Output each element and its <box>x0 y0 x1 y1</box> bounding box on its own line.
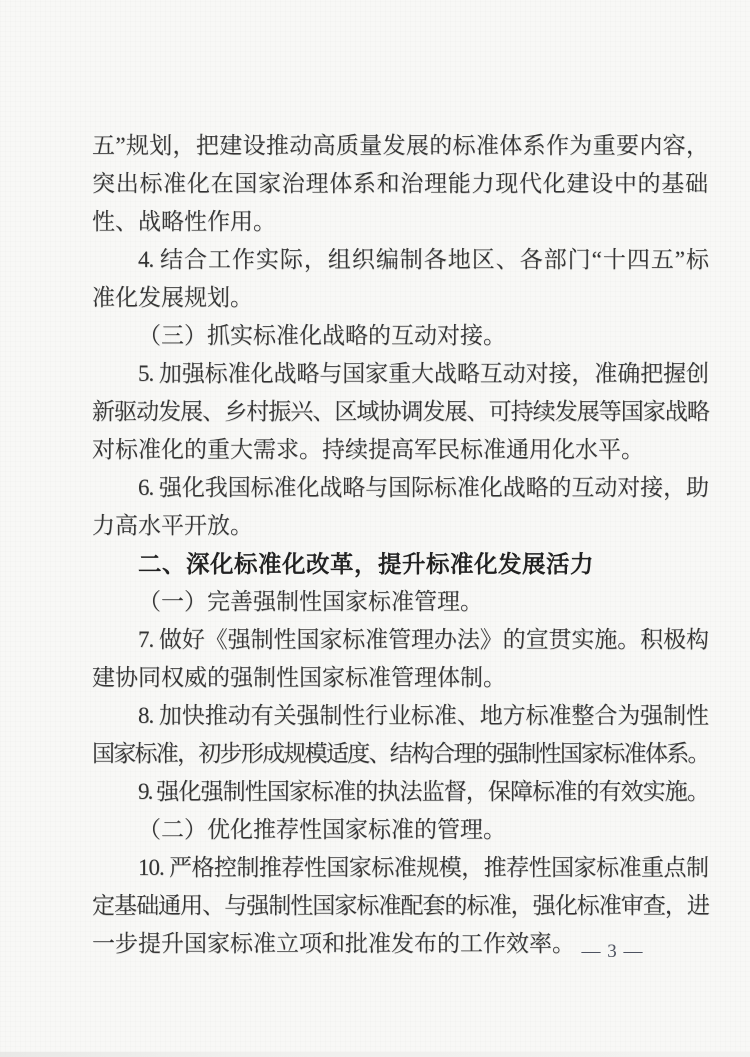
text-line: 建协同权威的强制性国家标准管理体制。 <box>92 659 708 697</box>
text-line: 对标准化的重大需求。持续提高军民标准通用化水平。 <box>92 431 708 469</box>
text-line: 突出标准化在国家治理体系和治理能力现代化建设中的基础 <box>92 165 708 203</box>
numbered-item-line: 8. 加快推动有关强制性行业标准、地方标准整合为强制性 <box>92 697 708 735</box>
text-line: 准化发展规划。 <box>92 279 708 317</box>
numbered-item-line: 9. 强化强制性国家标准的执法监督，保障标准的有效实施。 <box>92 773 708 811</box>
text-line: 五”规划，把建设推动高质量发展的标准体系作为重要内容， <box>92 127 708 165</box>
text-line: 定基础通用、与强制性国家标准配套的标准，强化标准审查，进 <box>92 887 708 925</box>
section-heading: 二、深化标准化改革，提升标准化发展活力 <box>92 545 708 583</box>
text-line: 新驱动发展、乡村振兴、区域协调发展、可持续发展等国家战略 <box>92 393 708 431</box>
scan-edge-artifact <box>0 1052 750 1057</box>
document-page: 五”规划，把建设推动高质量发展的标准体系作为重要内容， 突出标准化在国家治理体系… <box>0 0 750 1057</box>
subsection-heading: （三）抓实标准化战略的互动对接。 <box>92 317 708 355</box>
numbered-item-line: 4. 结合工作实际，组织编制各地区、各部门“十四五”标 <box>92 241 708 279</box>
page-number: — 3 — <box>560 941 665 963</box>
subsection-heading: （二）优化推荐性国家标准的管理。 <box>92 811 708 849</box>
numbered-item-line: 6. 强化我国标准化战略与国际标准化战略的互动对接，助 <box>92 469 708 507</box>
text-line: 国家标准，初步形成规模适度、结构合理的强制性国家标准体系。 <box>92 735 708 773</box>
text-line: 力高水平开放。 <box>92 507 708 545</box>
numbered-item-line: 10. 严格控制推荐性国家标准规模，推荐性国家标准重点制 <box>92 849 708 887</box>
numbered-item-line: 5. 加强标准化战略与国家重大战略互动对接，准确把握创 <box>92 355 708 393</box>
numbered-item-line: 7. 做好《强制性国家标准管理办法》的宣贯实施。积极构 <box>92 621 708 659</box>
subsection-heading: （一）完善强制性国家标准管理。 <box>92 583 708 621</box>
text-line: 性、战略性作用。 <box>92 203 708 241</box>
document-body: 五”规划，把建设推动高质量发展的标准体系作为重要内容， 突出标准化在国家治理体系… <box>92 127 708 963</box>
